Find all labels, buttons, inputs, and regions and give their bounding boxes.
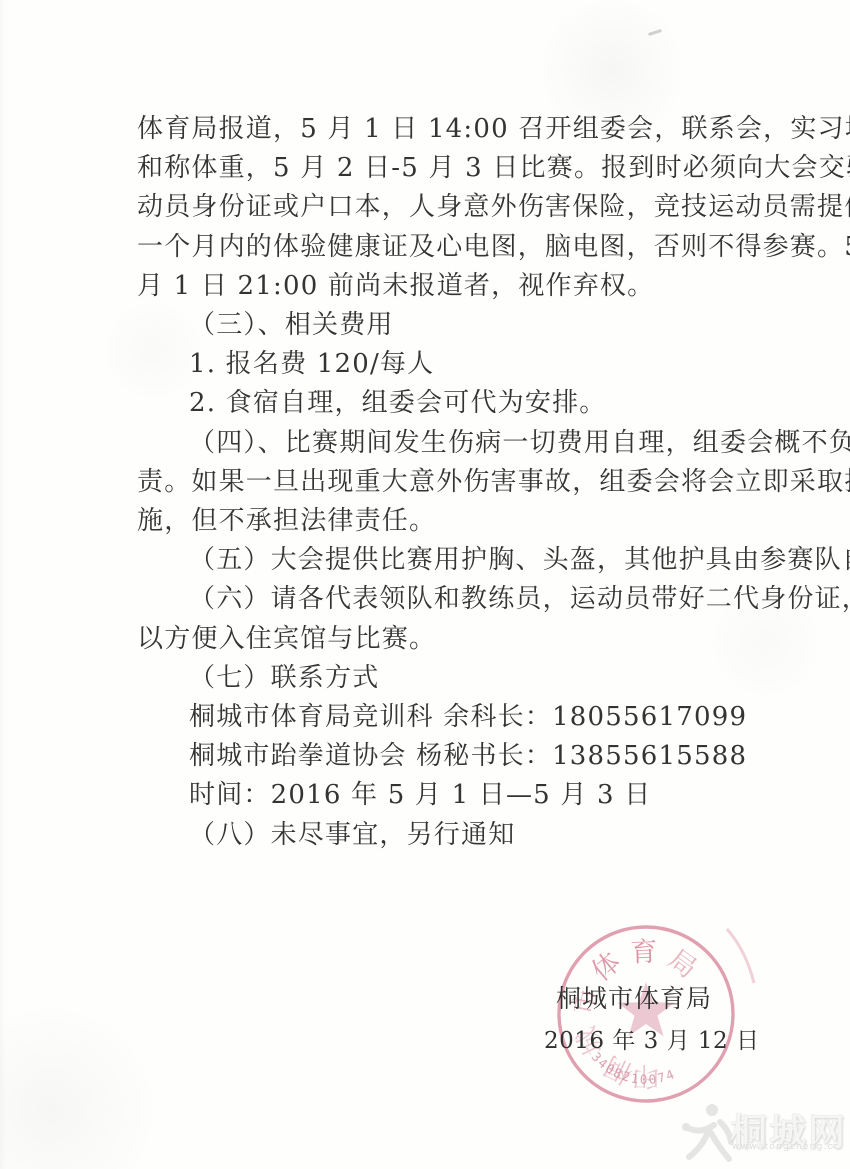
body-line: 体育局报道，5 月 1 日 14:00 召开组委会，联系会，实习场地	[137, 110, 755, 149]
body-line-contact-1: 桐城市体育局竞训科 余科长：18055617099	[137, 698, 755, 737]
body-line-fee-1: 1. 报名费 120/每人	[137, 345, 755, 384]
signature-organization: 桐城市体育局	[556, 979, 712, 1015]
site-watermark: 桐城网 www.itongcheng.cc	[676, 1096, 850, 1169]
body-line: 责。如果一旦出现重大意外伤害事故，组委会将会立即采取措	[137, 463, 755, 502]
scanned-document-page: 体育局报道，5 月 1 日 14:00 召开组委会，联系会，实习场地 和称体重，…	[0, 0, 850, 1169]
seal-stray-stroke	[727, 929, 754, 983]
body-line-section-7: （七）联系方式	[137, 659, 755, 698]
body-line: 和称体重，5 月 2 日-5 月 3 日比赛。报到时必须向大会交验运	[137, 149, 755, 188]
body-line-section-3: （三）、相关费用	[137, 306, 755, 345]
signature-date: 2016 年 3 月 12 日	[544, 1022, 760, 1055]
body-line-fee-2: 2. 食宿自理，组委会可代为安排。	[137, 384, 755, 423]
body-line: 以方便入住宾馆与比赛。	[137, 620, 755, 659]
body-line-section-6: （六）请各代表领队和教练员，运动员带好二代身份证，	[137, 580, 755, 619]
body-line: 一个月内的体验健康证及心电图，脑电图，否则不得参赛。5	[137, 228, 755, 267]
body-line-contact-2: 桐城市跆拳道协会 杨秘书长：13855615588	[137, 737, 755, 776]
body-line-section-4: （四）、比赛期间发生伤病一切费用自理，组委会概不负	[137, 424, 755, 463]
official-seal-stamp: 桐 城 市 体 育 局 印 3408210074	[551, 919, 775, 1111]
seal-org-char: 育	[630, 937, 658, 969]
watermark-url: www.itongcheng.cc	[732, 1142, 840, 1152]
scan-artifact-mark	[648, 29, 662, 36]
body-line: 施，但不承担法律责任。	[137, 502, 755, 541]
body-line-section-8: （八）未尽事宜，另行通知	[137, 816, 755, 855]
document-body: 体育局报道，5 月 1 日 14:00 召开组委会，联系会，实习场地 和称体重，…	[137, 110, 755, 855]
body-line-section-5: （五）大会提供比赛用护胸、头盔，其他护具由参赛队自备。	[137, 541, 755, 580]
body-line-time: 时间：2016 年 5 月 1 日—5 月 3 日	[137, 776, 755, 815]
body-line: 月 1 日 21:00 前尚未报道者，视作弃权。	[137, 267, 755, 306]
body-line: 动员身份证或户口本，人身意外伤害保险，竞技运动员需提供	[137, 188, 755, 227]
runner-logo-icon	[678, 1100, 736, 1164]
